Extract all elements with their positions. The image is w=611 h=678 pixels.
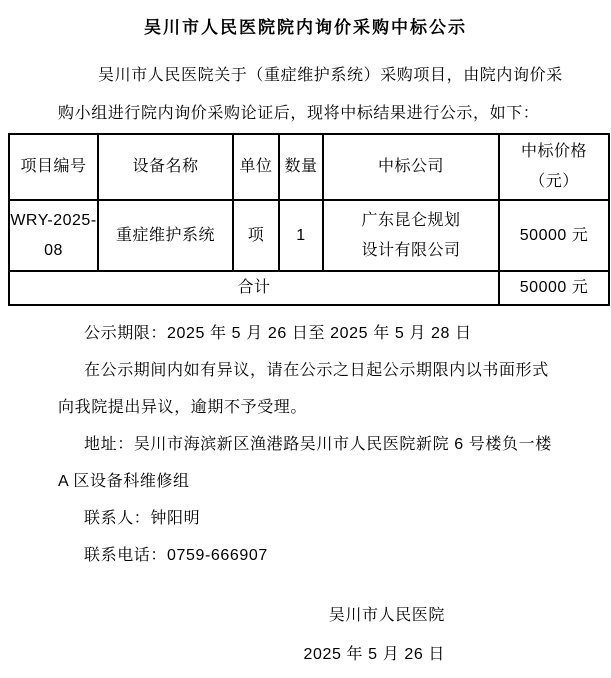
signature-date: 2025 年 5 月 26 日 [0,635,445,674]
column-header-quantity: 数量 [279,134,323,200]
signature-block: 吴川市人民医院 2025 年 5 月 26 日 [0,596,611,674]
cell-winning-company: 广东昆仑规划 设计有限公司 [323,200,499,271]
cell-winning-price: 50000 元 [499,200,609,271]
total-label-cell: 合计 [9,271,499,305]
table-total-row: 合计 50000 元 [9,271,609,305]
signature-organization: 吴川市人民医院 [0,596,445,635]
note-publicity-period: 公示期限：2025 年 5 月 26 日至 2025 年 5 月 28 日 [58,315,567,352]
column-header-winning-company: 中标公司 [323,134,499,200]
note-objection-instructions: 在公示期间内如有异议，请在公示之日起公示期限内以书面形式 向我院提出异议，逾期不… [58,352,567,426]
bid-result-table: 项目编号 设备名称 单位 数量 中标公司 中标价格 （元） WRY-2025-0… [8,133,610,306]
column-header-device-name: 设备名称 [98,134,233,200]
announcement-document: 吴川市人民医院院内询价采购中标公示 吴川市人民医院关于（重症维护系统）采购项目，… [0,0,611,678]
cell-device-name: 重症维护系统 [98,200,233,271]
column-header-winning-price: 中标价格 （元） [499,134,609,200]
total-price-cell: 50000 元 [499,271,609,305]
note-contact-phone: 联系电话：0759-666907 [58,537,567,574]
column-header-unit: 单位 [233,134,279,200]
page-title: 吴川市人民医院院内询价采购中标公示 [0,0,611,39]
intro-paragraph: 吴川市人民医院关于（重症维护系统）采购项目，由院内询价采 购小组进行院内询价采购… [58,57,571,133]
cell-project-no: WRY-2025-08 [9,200,98,271]
column-header-project-no: 项目编号 [9,134,98,200]
note-contact-person: 联系人：钟阳明 [58,500,567,537]
cell-unit: 项 [233,200,279,271]
cell-quantity: 1 [279,200,323,271]
note-address: 地址：吴川市海滨新区渔港路吴川市人民医院新院 6 号楼负一楼 A 区设备科维修组 [58,426,567,500]
table-row: WRY-2025-08 重症维护系统 项 1 广东昆仑规划 设计有限公司 500… [9,200,609,271]
table-header-row: 项目编号 设备名称 单位 数量 中标公司 中标价格 （元） [9,134,609,200]
notes-section: 公示期限：2025 年 5 月 26 日至 2025 年 5 月 28 日 在公… [58,315,567,574]
